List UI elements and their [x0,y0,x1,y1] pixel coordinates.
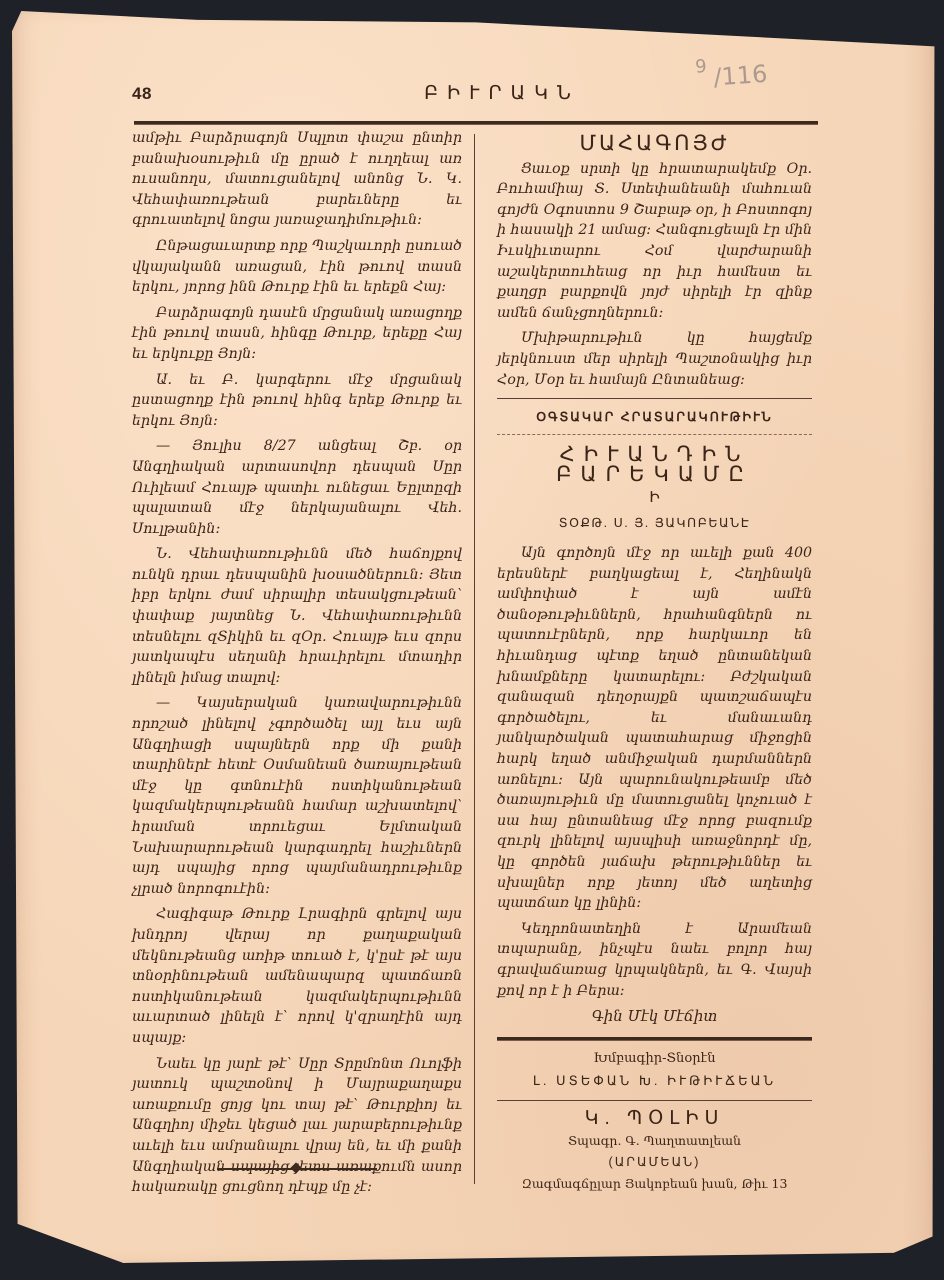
publication-city: Կ. ՊՕԼԻՍ [497,1109,812,1130]
obituary-title: ՄԱՀԱԳՈՅԺ [497,134,812,155]
left-column: ամթիւ Բարձրագոյն Սպլոտ փաշա ընտիր բանախօ… [132,128,462,1203]
imprint: Խմբագիր-Տնօրէն Լ. ՍՏԵՓԱՆ Խ. ԻՒԹԻՒՃԵԱՆ Կ.… [497,1049,812,1195]
scanned-page: 48 ԲԻՒՐԱԿՆ 9/116 ամթիւ Բարձրագոյն Սպլոտ … [12,6,940,1268]
end-ornament [217,1167,377,1171]
book-by: Ի [497,488,812,509]
news-paragraph: Ընթացաւարտք որք Պաշկաւորի ըսուած վկայակա… [132,236,462,298]
section-rule [497,398,812,399]
news-paragraph: Ն. Վեհափառութիւնն մեծ հաճոյքով ունկն դրա… [132,544,462,688]
right-column: ՄԱՀԱԳՈՅԺ Ցաւօք սրտի կը հրատարակեմք Օր. Բ… [497,128,812,1195]
imprint-rule [497,1037,812,1041]
book-description: Այն գործոյն մէջ որ աւելի քան 400 երեսներ… [497,543,812,914]
obituary-paragraph: Մխիթարութիւն կը հայցեմք յերկնուստ մեր սի… [497,328,812,390]
archive-mark-bottom: 116 [721,60,769,91]
column-divider [474,134,475,1184]
editor-name: Լ. ՍՏԵՓԱՆ Խ. ԻՒԹԻՒՃԵԱՆ [497,1071,812,1092]
archive-pencil-mark: 9/116 [701,60,768,92]
announcement-heading: ՕԳՏԱԿԱՐ ՀՐԱՏԱՐԱԿՈՒԹԻՒՆ [497,407,812,428]
archive-mark-top: 9 [695,56,708,78]
news-paragraph: Ա. եւ Բ. կարգերու մէջ մրցանակ ըստացողք է… [132,370,462,432]
page-header: 48 ԲԻՒՐԱԿՆ 9/116 [132,82,822,112]
printer-name: Տպագր. Գ. Պաղտատլեան [497,1131,812,1152]
book-availability: Կեդրոնատեղին է Արամեան տպարանը, ինչպէս ն… [497,919,812,1001]
book-title: ՀԻՒԱՆԴԻՆ ԲԱՐԵԿԱՄԸ [497,445,812,486]
printer-alias: (ԱՐԱՄԵԱՆ) [497,1152,812,1173]
news-paragraph: Բարձրագոյն դասէն մրցանակ առացողք էին թու… [132,303,462,365]
news-paragraph: ամթիւ Բարձրագոյն Սպլոտ փաշա ընտիր բանախօ… [132,128,462,231]
page-number: 48 [132,84,152,104]
news-paragraph: — Կայսերական կառավարութիւնն որոշած լինել… [132,693,462,899]
imprint-divider [497,1100,812,1101]
obituary-paragraph: Ցաւօք սրտի կը հրատարակեմք Օր. Բուհամիայ … [497,159,812,324]
dotted-rule [497,434,812,435]
editor-label: Խմբագիր-Տնօրէն [497,1049,812,1070]
printer-address: Զագմագճըլար Յակոբեան խան, Թիւ 13 [497,1174,812,1195]
journal-title: ԲԻՒՐԱԿՆ [382,82,622,105]
book-price: Գին Մէկ Մէճիտ [497,1006,812,1027]
header-rule [134,121,818,125]
book-author: ՏՕՔԹ. Ս. Յ. ՅԱԿՈԲԵԱՆԷ [497,513,812,534]
news-paragraph: Նաեւ կը յարէ թէ՝ Սըր Տրըմոնտ Ուոլֆի յատո… [132,1054,462,1198]
news-paragraph: Հագիգաթ Թուրք Լրագիրն գրելով այս խնդրոյ … [132,904,462,1048]
news-paragraph: — Յուլիս 8/27 անցեալ Շբ. օր Անգղիական ար… [132,436,462,539]
